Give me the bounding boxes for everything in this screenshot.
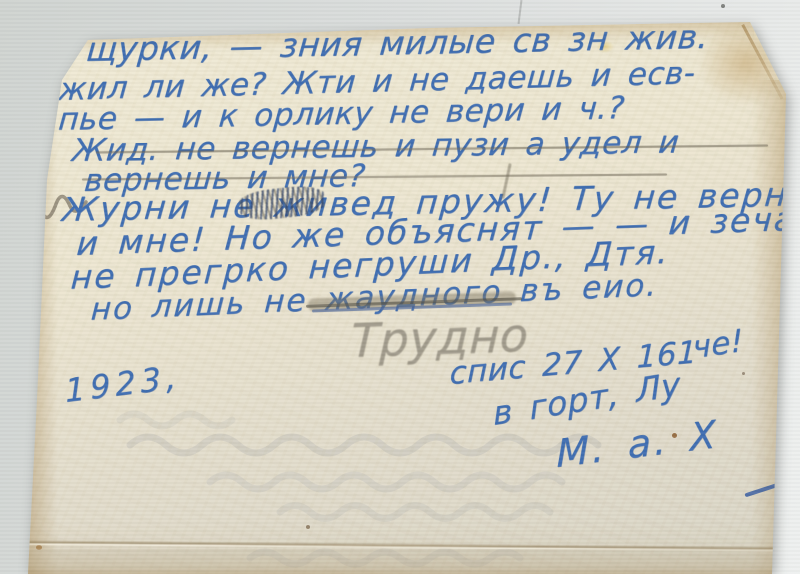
paper-shadow: щурки, — зния милые св зн жив. жил ли же… xyxy=(0,0,800,574)
letter-paper: щурки, — зния милые св зн жив. жил ли же… xyxy=(0,0,800,574)
photo-of-handwritten-letter: щурки, — зния милые св зн жив. жил ли же… xyxy=(0,0,800,574)
aged-edge-vignette xyxy=(0,0,800,574)
